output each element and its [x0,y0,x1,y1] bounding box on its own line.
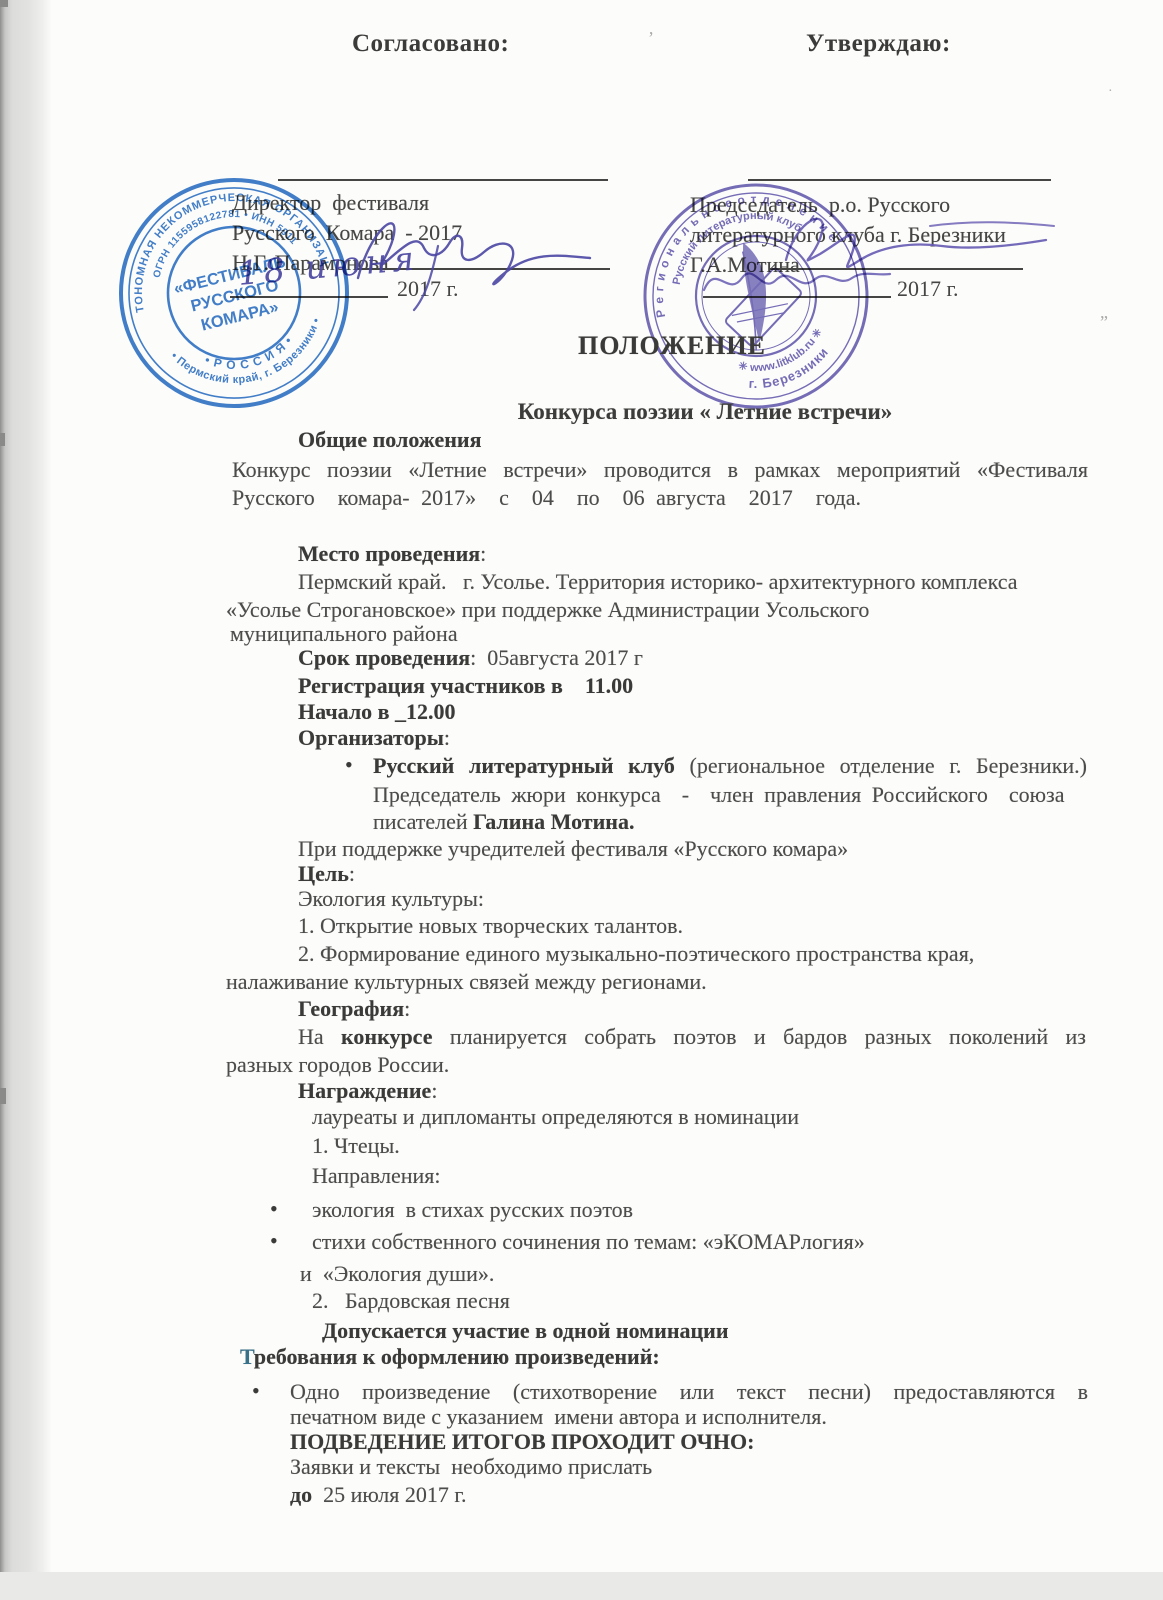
text-line: Направления: [312,1163,441,1189]
text-line: Цель: [298,861,355,887]
text-line: Срок проведения: 05августа 2017 г [298,645,643,671]
text-line: Допускается участие в одной номинации [322,1318,729,1344]
text-line: муниципального района [230,621,458,647]
bullet-dot: • [270,1228,278,1254]
scanned-document-page: ’ ” · Согласовано: Утверждаю: Директор ф… [0,0,1163,1600]
text-line: География: [298,996,410,1022]
text-line: лауреаты и дипломанты определяются в ном… [312,1104,799,1130]
text-line: Место проведения: [298,541,486,567]
bullet-dot: • [345,752,353,778]
text-line: Начало в _12.00 [298,699,456,725]
text-line: При поддержке учредителей фестиваля «Рус… [298,836,848,862]
text-line: 2. Бардовская песня [312,1288,510,1314]
text-line: Экология культуры: [298,886,484,912]
text-line: 1. Чтецы. [312,1133,400,1159]
text-line: экология в стихах русских поэтов• [312,1197,633,1223]
text-line: 1. Открытие новых творческих талантов. [298,913,683,939]
bullet-dot: • [252,1378,260,1404]
text-line: налаживание культурных связей между реги… [226,969,707,995]
text-line: писателей Галина Мотина. [373,809,634,835]
text-line: Конкурс поэзии «Летние встречи» проводит… [232,457,1088,483]
bullet-dot: • [270,1196,278,1222]
text-line: «Усолье Строгановское» при поддержке Адм… [226,597,869,623]
text-line: Награждение: [298,1078,437,1104]
text-line: Русского комара- 2017» с 04 по 06 август… [232,485,861,511]
text-line: Пермский край. г. Усолье. Территория ист… [298,569,1018,595]
text-line: Русский литературный клуб (региональное … [373,753,1087,779]
document-body: Общие положенияКонкурс поэзии «Летние вс… [0,0,1163,1600]
text-line: печатном виде с указанием имени автора и… [290,1404,827,1430]
text-line: стихи собственного сочинения по темам: «… [312,1229,865,1255]
text-line: Заявки и тексты необходимо прислать [290,1454,652,1480]
text-line: Одно произведение (стихотворение или тек… [290,1379,1088,1405]
text-line: На конкурсе планируется собрать поэтов и… [298,1024,1086,1050]
text-line: Требования к оформлению произведений: [240,1344,660,1370]
text-line: и «Экология души». [300,1261,494,1287]
text-line: разных городов России. [226,1052,449,1078]
text-line: Организаторы: [298,725,450,751]
text-line: до 25 июля 2017 г. [290,1482,466,1508]
text-line: Регистрация участников в 11.00 [298,673,633,699]
text-line: ПОДВЕДЕНИЕ ИТОГОВ ПРОХОДИТ ОЧНО: [290,1429,754,1455]
text-line: Общие положения [298,427,482,453]
text-line: 2. Формирование единого музыкально-поэти… [298,941,974,967]
text-line: Председатель жюри конкурса - член правле… [373,782,1065,808]
